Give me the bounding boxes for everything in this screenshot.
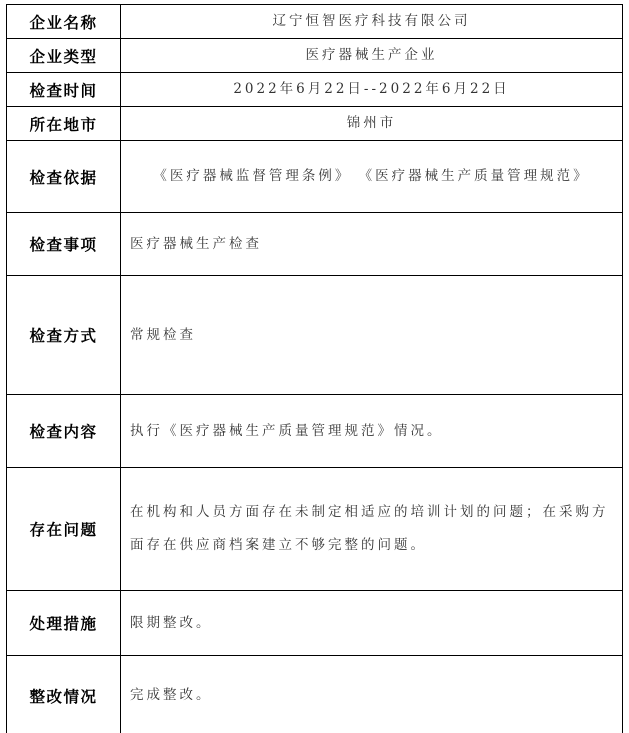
table-body: 企业名称辽宁恒智医疗科技有限公司企业类型医疗器械生产企业检查时间2022年6月2… <box>7 5 623 733</box>
row-value-problems-found: 在机构和人员方面存在未制定相适应的培训计划的问题；在采购方面存在供应商档案建立不… <box>121 468 623 591</box>
row-value-handling-measures: 限期整改。 <box>121 591 623 656</box>
table-row-inspection-basis: 检查依据《医疗器械监督管理条例》 《医疗器械生产质量管理规范》 <box>7 141 623 213</box>
row-label-rectification-status: 整改情况 <box>7 656 121 733</box>
row-label-inspection-method: 检查方式 <box>7 276 121 395</box>
row-label-company-name: 企业名称 <box>7 5 121 39</box>
row-value-inspection-time: 2022年6月22日--2022年6月22日 <box>121 73 623 107</box>
row-value-inspection-method: 常规检查 <box>121 276 623 395</box>
row-value-inspection-content: 执行《医疗器械生产质量管理规范》情况。 <box>121 395 623 468</box>
document-page: 企业名称辽宁恒智医疗科技有限公司企业类型医疗器械生产企业检查时间2022年6月2… <box>0 0 629 733</box>
row-label-inspection-items: 检查事项 <box>7 213 121 276</box>
table-row-inspection-method: 检查方式常规检查 <box>7 276 623 395</box>
inspection-info-table: 企业名称辽宁恒智医疗科技有限公司企业类型医疗器械生产企业检查时间2022年6月2… <box>6 4 623 733</box>
table-row-city: 所在地市锦州市 <box>7 107 623 141</box>
table-row-inspection-content: 检查内容执行《医疗器械生产质量管理规范》情况。 <box>7 395 623 468</box>
row-label-company-type: 企业类型 <box>7 39 121 73</box>
row-label-problems-found: 存在问题 <box>7 468 121 591</box>
table-row-rectification-status: 整改情况完成整改。 <box>7 656 623 733</box>
row-value-company-type: 医疗器械生产企业 <box>121 39 623 73</box>
row-value-company-name: 辽宁恒智医疗科技有限公司 <box>121 5 623 39</box>
row-label-inspection-basis: 检查依据 <box>7 141 121 213</box>
row-value-inspection-items: 医疗器械生产检查 <box>121 213 623 276</box>
table-row-handling-measures: 处理措施限期整改。 <box>7 591 623 656</box>
row-label-inspection-content: 检查内容 <box>7 395 121 468</box>
table-row-problems-found: 存在问题在机构和人员方面存在未制定相适应的培训计划的问题；在采购方面存在供应商档… <box>7 468 623 591</box>
table-row-inspection-time: 检查时间2022年6月22日--2022年6月22日 <box>7 73 623 107</box>
table-row-company-type: 企业类型医疗器械生产企业 <box>7 39 623 73</box>
table-row-company-name: 企业名称辽宁恒智医疗科技有限公司 <box>7 5 623 39</box>
row-value-rectification-status: 完成整改。 <box>121 656 623 733</box>
row-label-inspection-time: 检查时间 <box>7 73 121 107</box>
row-label-handling-measures: 处理措施 <box>7 591 121 656</box>
row-label-city: 所在地市 <box>7 107 121 141</box>
row-value-city: 锦州市 <box>121 107 623 141</box>
row-value-inspection-basis: 《医疗器械监督管理条例》 《医疗器械生产质量管理规范》 <box>121 141 623 213</box>
table-row-inspection-items: 检查事项医疗器械生产检查 <box>7 213 623 276</box>
